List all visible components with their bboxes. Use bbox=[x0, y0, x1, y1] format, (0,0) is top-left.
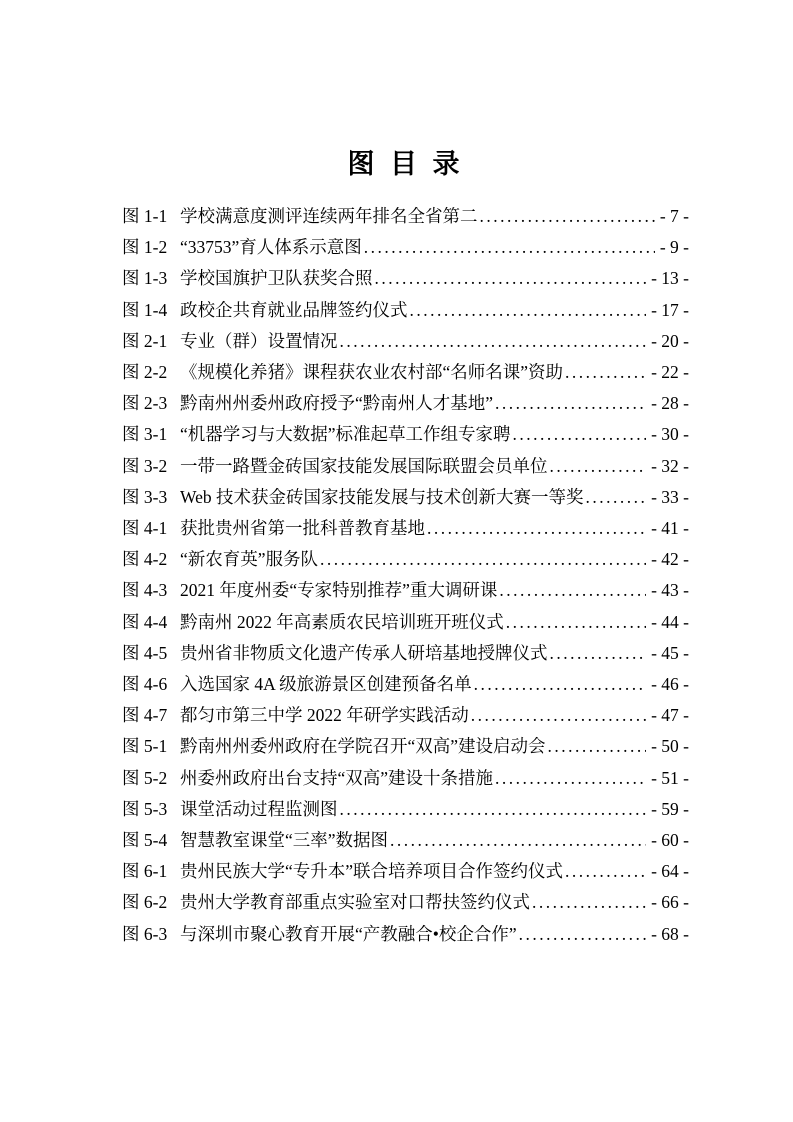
figure-label: 图 6-1 bbox=[122, 856, 180, 887]
dot-leader bbox=[388, 825, 646, 856]
figure-title: 与深圳市聚心教育开展“产教融合•校企合作” bbox=[180, 919, 517, 950]
figure-title: 贵州民族大学“专升本”联合培养项目合作签约仪式 bbox=[180, 856, 563, 887]
page-number: - 28 - bbox=[651, 388, 689, 419]
figure-title: 课堂活动过程监测图 bbox=[180, 794, 338, 825]
figure-toc: 图 1-1 学校满意度测评连续两年排名全省第二 - 7 - 图 1-2 “337… bbox=[122, 201, 689, 950]
toc-entry[interactable]: 图 1-3 学校国旗护卫队获奖合照 - 13 - bbox=[122, 263, 689, 294]
toc-entry[interactable]: 图 3-2 一带一路暨金砖国家技能发展国际联盟会员单位 - 32 - bbox=[122, 451, 689, 482]
figure-label: 图 4-7 bbox=[122, 700, 180, 731]
figure-label: 图 5-1 bbox=[122, 731, 180, 762]
toc-entry[interactable]: 图 4-1 获批贵州省第一批科普教育基地 - 41 - bbox=[122, 513, 689, 544]
dot-leader bbox=[318, 544, 646, 575]
figure-label: 图 4-1 bbox=[122, 513, 180, 544]
figure-label: 图 3-2 bbox=[122, 451, 180, 482]
dot-leader bbox=[493, 763, 646, 794]
dot-leader bbox=[517, 919, 646, 950]
dot-leader bbox=[338, 794, 647, 825]
figure-title: 专业（群）设置情况 bbox=[180, 326, 338, 357]
dot-leader bbox=[563, 357, 646, 388]
figure-label: 图 1-1 bbox=[122, 201, 180, 232]
figure-title: “新农育英”服务队 bbox=[180, 544, 318, 575]
dot-leader bbox=[472, 669, 646, 700]
page-number: - 46 - bbox=[651, 669, 689, 700]
figure-label: 图 5-3 bbox=[122, 794, 180, 825]
figure-title: 智慧教室课堂“三率”数据图 bbox=[180, 825, 388, 856]
page-number: - 30 - bbox=[651, 419, 689, 450]
toc-entry[interactable]: 图 5-4 智慧教室课堂“三率”数据图 - 60 - bbox=[122, 825, 689, 856]
figure-title: 政校企共育就业品牌签约仪式 bbox=[180, 295, 408, 326]
dot-leader bbox=[408, 295, 647, 326]
toc-entry[interactable]: 图 4-7 都匀市第三中学 2022 年研学实践活动 - 47 - bbox=[122, 700, 689, 731]
toc-entry[interactable]: 图 2-2 《规模化养猪》课程获农业农村部“名师名课”资助 - 22 - bbox=[122, 357, 689, 388]
figure-title: Web 技术获金砖国家技能发展与技术创新大赛一等奖 bbox=[180, 482, 584, 513]
figure-title: 贵州大学教育部重点实验室对口帮扶签约仪式 bbox=[180, 887, 530, 918]
figure-label: 图 2-1 bbox=[122, 326, 180, 357]
figure-title: 贵州省非物质文化遗产传承人研培基地授牌仪式 bbox=[180, 638, 548, 669]
figure-title: “机器学习与大数据”标准起草工作组专家聘 bbox=[180, 419, 511, 450]
page-number: - 13 - bbox=[651, 263, 689, 294]
page-number: - 41 - bbox=[651, 513, 689, 544]
dot-leader bbox=[546, 731, 647, 762]
figure-label: 图 3-3 bbox=[122, 482, 180, 513]
figure-title: 黔南州州委州政府授予“黔南州人才基地” bbox=[180, 388, 493, 419]
page-number: - 42 - bbox=[651, 544, 689, 575]
figure-label: 图 2-2 bbox=[122, 357, 180, 388]
page-number: - 50 - bbox=[651, 731, 689, 762]
dot-leader bbox=[493, 388, 646, 419]
page-number: - 44 - bbox=[651, 607, 689, 638]
page-number: - 17 - bbox=[651, 295, 689, 326]
page-number: - 64 - bbox=[651, 856, 689, 887]
figure-label: 图 1-3 bbox=[122, 263, 180, 294]
figure-title: 学校满意度测评连续两年排名全省第二 bbox=[180, 201, 478, 232]
figure-title: 黔南州州委州政府在学院召开“双高”建设启动会 bbox=[180, 731, 546, 762]
page-number: - 7 - bbox=[660, 201, 689, 232]
toc-entry[interactable]: 图 6-2 贵州大学教育部重点实验室对口帮扶签约仪式 - 66 - bbox=[122, 887, 689, 918]
figure-label: 图 4-5 bbox=[122, 638, 180, 669]
figure-label: 图 6-3 bbox=[122, 919, 180, 950]
toc-entry[interactable]: 图 6-3 与深圳市聚心教育开展“产教融合•校企合作” - 68 - bbox=[122, 919, 689, 950]
figure-title: 都匀市第三中学 2022 年研学实践活动 bbox=[180, 700, 469, 731]
figure-label: 图 1-4 bbox=[122, 295, 180, 326]
figure-label: 图 4-2 bbox=[122, 544, 180, 575]
dot-leader bbox=[425, 513, 646, 544]
toc-entry[interactable]: 图 4-4 黔南州 2022 年高素质农民培训班开班仪式 - 44 - bbox=[122, 607, 689, 638]
figure-title: 入选国家 4A 级旅游景区创建预备名单 bbox=[180, 669, 472, 700]
dot-leader bbox=[338, 326, 647, 357]
document-page: 图 目 录 图 1-1 学校满意度测评连续两年排名全省第二 - 7 - 图 1-… bbox=[0, 0, 793, 1122]
toc-entry[interactable]: 图 1-1 学校满意度测评连续两年排名全省第二 - 7 - bbox=[122, 201, 689, 232]
toc-entry[interactable]: 图 4-6 入选国家 4A 级旅游景区创建预备名单 - 46 - bbox=[122, 669, 689, 700]
page-title: 图 目 录 bbox=[122, 142, 689, 181]
page-number: - 68 - bbox=[651, 919, 689, 950]
page-number: - 66 - bbox=[651, 887, 689, 918]
page-number: - 47 - bbox=[651, 700, 689, 731]
figure-title: 一带一路暨金砖国家技能发展国际联盟会员单位 bbox=[180, 451, 548, 482]
figure-title: 州委州政府出台支持“双高”建设十条措施 bbox=[180, 763, 493, 794]
toc-entry[interactable]: 图 3-1 “机器学习与大数据”标准起草工作组专家聘 - 30 - bbox=[122, 419, 689, 450]
figure-label: 图 5-4 bbox=[122, 825, 180, 856]
figure-title: 获批贵州省第一批科普教育基地 bbox=[180, 513, 425, 544]
page-number: - 32 - bbox=[651, 451, 689, 482]
dot-leader bbox=[511, 419, 647, 450]
page-number: - 59 - bbox=[651, 794, 689, 825]
figure-label: 图 4-3 bbox=[122, 575, 180, 606]
figure-label: 图 1-2 bbox=[122, 232, 180, 263]
page-number: - 33 - bbox=[651, 482, 689, 513]
toc-entry[interactable]: 图 2-3 黔南州州委州政府授予“黔南州人才基地” - 28 - bbox=[122, 388, 689, 419]
dot-leader bbox=[362, 232, 655, 263]
dot-leader bbox=[548, 451, 647, 482]
toc-entry[interactable]: 图 5-2 州委州政府出台支持“双高”建设十条措施 - 51 - bbox=[122, 763, 689, 794]
toc-entry[interactable]: 图 3-3 Web 技术获金砖国家技能发展与技术创新大赛一等奖 - 33 - bbox=[122, 482, 689, 513]
figure-label: 图 4-4 bbox=[122, 607, 180, 638]
page-number: - 9 - bbox=[660, 232, 689, 263]
dot-leader bbox=[478, 201, 655, 232]
page-number: - 43 - bbox=[651, 575, 689, 606]
page-number: - 60 - bbox=[651, 825, 689, 856]
toc-entry[interactable]: 图 2-1 专业（群）设置情况 - 20 - bbox=[122, 326, 689, 357]
figure-label: 图 4-6 bbox=[122, 669, 180, 700]
figure-title: 学校国旗护卫队获奖合照 bbox=[180, 263, 373, 294]
dot-leader bbox=[373, 263, 647, 294]
dot-leader bbox=[584, 482, 647, 513]
toc-entry[interactable]: 图 4-2 “新农育英”服务队 - 42 - bbox=[122, 544, 689, 575]
figure-label: 图 2-3 bbox=[122, 388, 180, 419]
page-number: - 45 - bbox=[651, 638, 689, 669]
toc-entry[interactable]: 图 4-3 2021 年度州委“专家特别推荐”重大调研课 - 43 - bbox=[122, 575, 689, 606]
toc-entry[interactable]: 图 5-3 课堂活动过程监测图 - 59 - bbox=[122, 794, 689, 825]
toc-entry[interactable]: 图 5-1 黔南州州委州政府在学院召开“双高”建设启动会 - 50 - bbox=[122, 731, 689, 762]
dot-leader bbox=[469, 700, 646, 731]
figure-label: 图 5-2 bbox=[122, 763, 180, 794]
figure-title: 《规模化养猪》课程获农业农村部“名师名课”资助 bbox=[180, 357, 563, 388]
toc-entry[interactable]: 图 1-2 “33753”育人体系示意图 - 9 - bbox=[122, 232, 689, 263]
toc-entry[interactable]: 图 4-5 贵州省非物质文化遗产传承人研培基地授牌仪式 - 45 - bbox=[122, 638, 689, 669]
toc-entry[interactable]: 图 6-1 贵州民族大学“专升本”联合培养项目合作签约仪式 - 64 - bbox=[122, 856, 689, 887]
dot-leader bbox=[504, 607, 646, 638]
page-number: - 22 - bbox=[651, 357, 689, 388]
figure-label: 图 3-1 bbox=[122, 419, 180, 450]
figure-title: “33753”育人体系示意图 bbox=[180, 232, 362, 263]
dot-leader bbox=[563, 856, 646, 887]
dot-leader bbox=[497, 575, 646, 606]
toc-entry[interactable]: 图 1-4 政校企共育就业品牌签约仪式 - 17 - bbox=[122, 295, 689, 326]
figure-label: 图 6-2 bbox=[122, 887, 180, 918]
page-number: - 51 - bbox=[651, 763, 689, 794]
dot-leader bbox=[548, 638, 647, 669]
page-number: - 20 - bbox=[651, 326, 689, 357]
figure-title: 2021 年度州委“专家特别推荐”重大调研课 bbox=[180, 575, 497, 606]
figure-title: 黔南州 2022 年高素质农民培训班开班仪式 bbox=[180, 607, 504, 638]
dot-leader bbox=[530, 887, 646, 918]
